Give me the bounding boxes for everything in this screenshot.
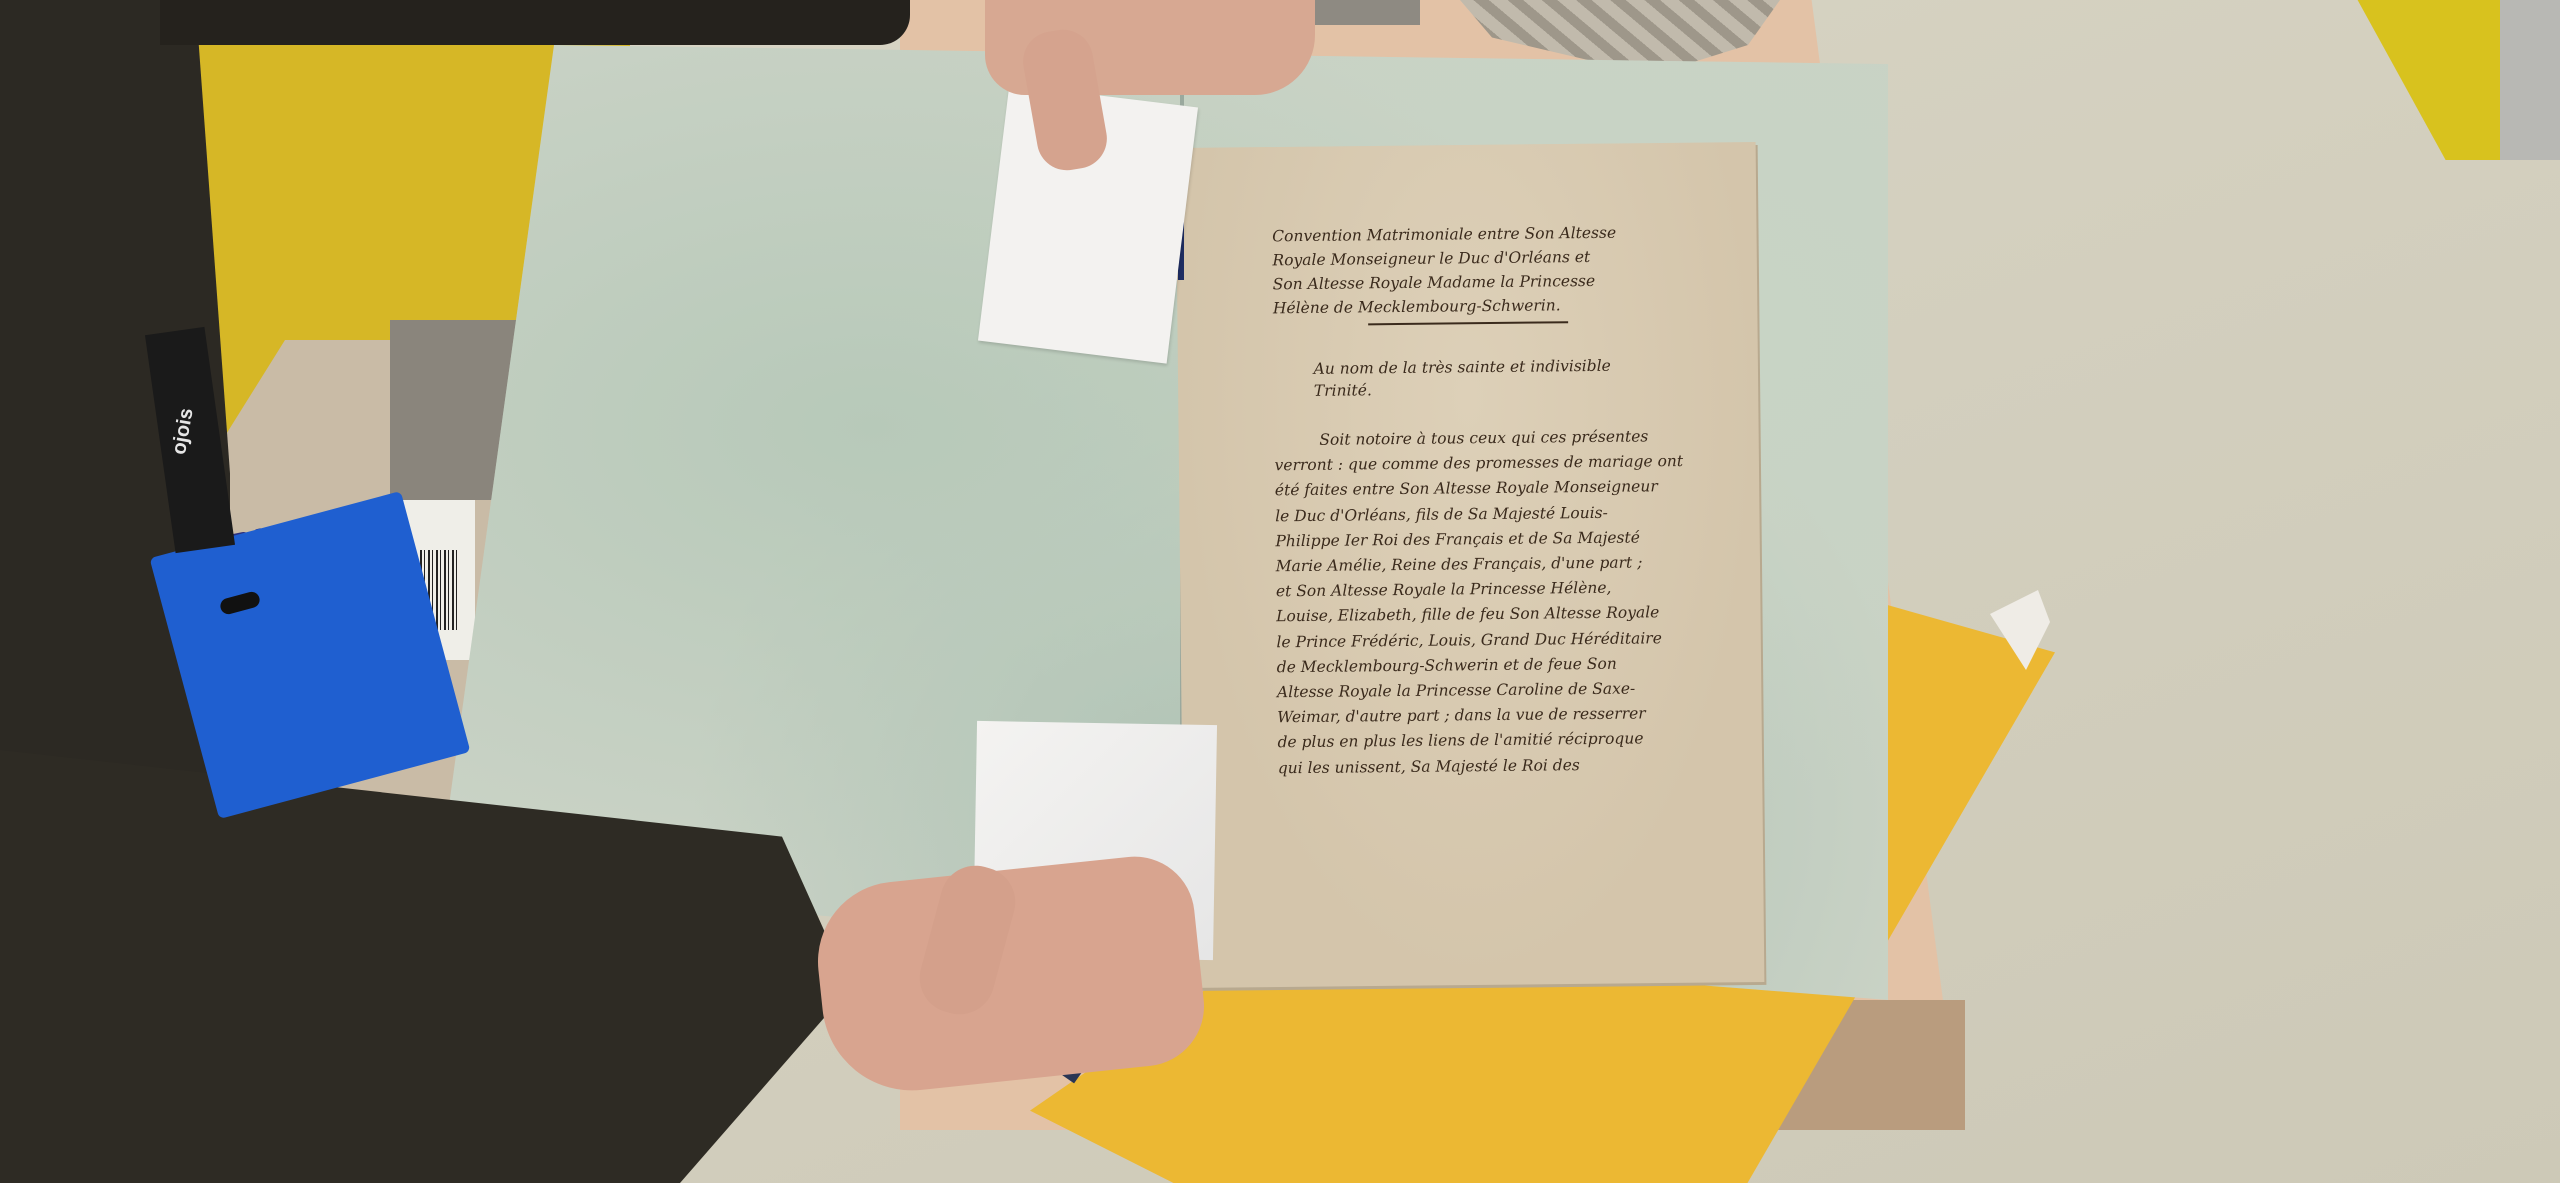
title-line: Hélène de Mecklembourg-Schwerin. — [1273, 292, 1713, 321]
body-line: le Prince Frédéric, Louis, Grand Duc Hér… — [1276, 625, 1716, 655]
manuscript-text: Convention Matrimoniale entre Son Altess… — [1272, 220, 1718, 781]
cabinet-frame — [2500, 0, 2560, 160]
body-line: été faites entre Son Altesse Royale Mons… — [1275, 474, 1715, 504]
jacket-sleeve-top — [160, 0, 910, 45]
invocation: Au nom de la très sainte et indivisible … — [1273, 354, 1713, 403]
manuscript-body: Soit notoire à tous ceux qui ces présent… — [1274, 424, 1718, 781]
title-underline — [1368, 321, 1568, 325]
body-line: qui les unissent, Sa Majesté le Roi des — [1278, 751, 1718, 781]
invocation-line: Trinité. — [1314, 376, 1714, 402]
manuscript-title: Convention Matrimoniale entre Son Altess… — [1272, 220, 1713, 321]
